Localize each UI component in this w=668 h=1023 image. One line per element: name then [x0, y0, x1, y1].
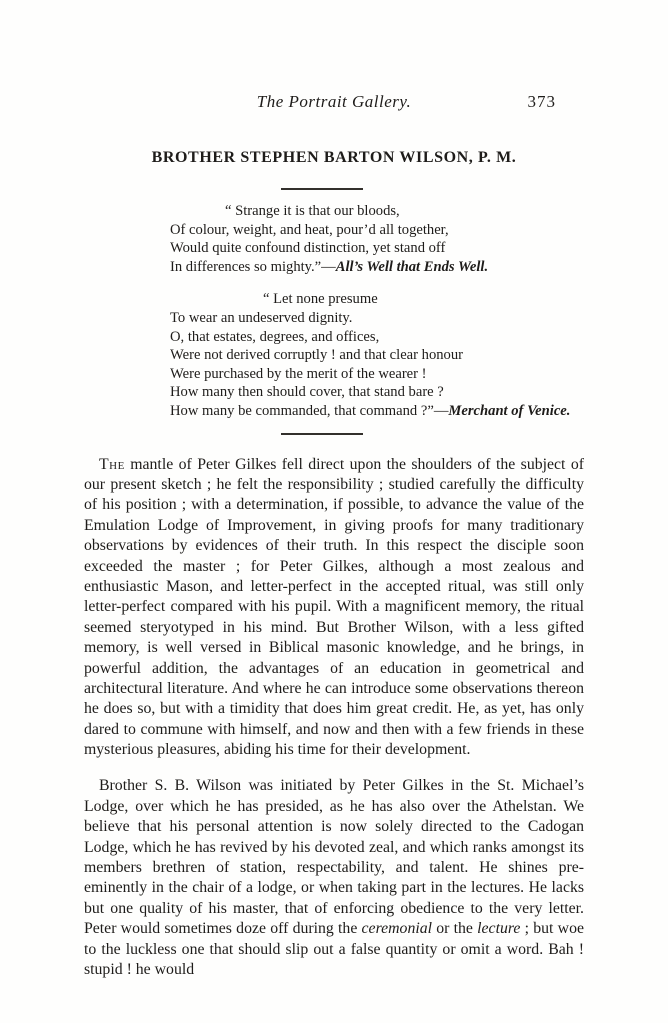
quote-line-text: How many be commanded, that command ?”—	[170, 403, 448, 419]
quote-attribution: Merchant of Venice.	[448, 403, 570, 419]
quote-line-text: In differences so mighty.”—	[170, 259, 336, 275]
quote-line: “ Strange it is that our bloods,	[170, 202, 608, 221]
paragraph-text: Brother S. B. Wilson was initiated by Pe…	[84, 777, 584, 937]
quote-line: How many then should cover, that stand b…	[170, 383, 608, 402]
paragraph-text: or the	[432, 920, 477, 937]
quote-line: Were purchased by the merit of the weare…	[170, 365, 608, 384]
page-number: 373	[528, 92, 557, 112]
quote-line: To wear an undeserved dignity.	[170, 309, 608, 328]
paragraph-1: The mantle of Peter Gilkes fell direct u…	[84, 455, 584, 761]
quotation-alls-well: “ Strange it is that our bloods, Of colo…	[170, 202, 608, 276]
running-title: The Portrait Gallery.	[257, 92, 412, 111]
paragraph-2: Brother S. B. Wilson was initiated by Pe…	[84, 776, 584, 980]
paragraph-opening-smallcaps: The	[99, 456, 125, 473]
divider-rule-bottom	[281, 433, 363, 435]
quotation-merchant-of-venice: “ Let none presume To wear an undeserved…	[170, 290, 608, 420]
quote-line: “ Let none presume	[170, 290, 608, 309]
divider-rule-top	[281, 188, 363, 190]
italic-word-lecture: lecture	[477, 920, 520, 937]
article-title: BROTHER STEPHEN BARTON WILSON, P. M.	[0, 148, 668, 168]
quote-line: Of colour, weight, and heat, pour’d all …	[170, 221, 608, 240]
quote-attribution: All’s Well that Ends Well.	[336, 259, 488, 275]
paragraph-text: mantle of Peter Gilkes fell direct upon …	[84, 456, 584, 759]
quote-line: O, that estates, degrees, and offices,	[170, 328, 608, 347]
quote-line: How many be commanded, that command ?”—M…	[170, 402, 608, 421]
book-page: The Portrait Gallery. 373 BROTHER STEPHE…	[0, 0, 668, 1023]
quote-line: In differences so mighty.”—All’s Well th…	[170, 258, 608, 277]
italic-word-ceremonial: ceremonial	[362, 920, 432, 937]
quote-line: Were not derived corruptly ! and that cl…	[170, 346, 608, 365]
article-body: The mantle of Peter Gilkes fell direct u…	[84, 455, 584, 981]
quote-line: Would quite confound distinction, yet st…	[170, 239, 608, 258]
running-head: The Portrait Gallery. 373	[0, 92, 668, 112]
